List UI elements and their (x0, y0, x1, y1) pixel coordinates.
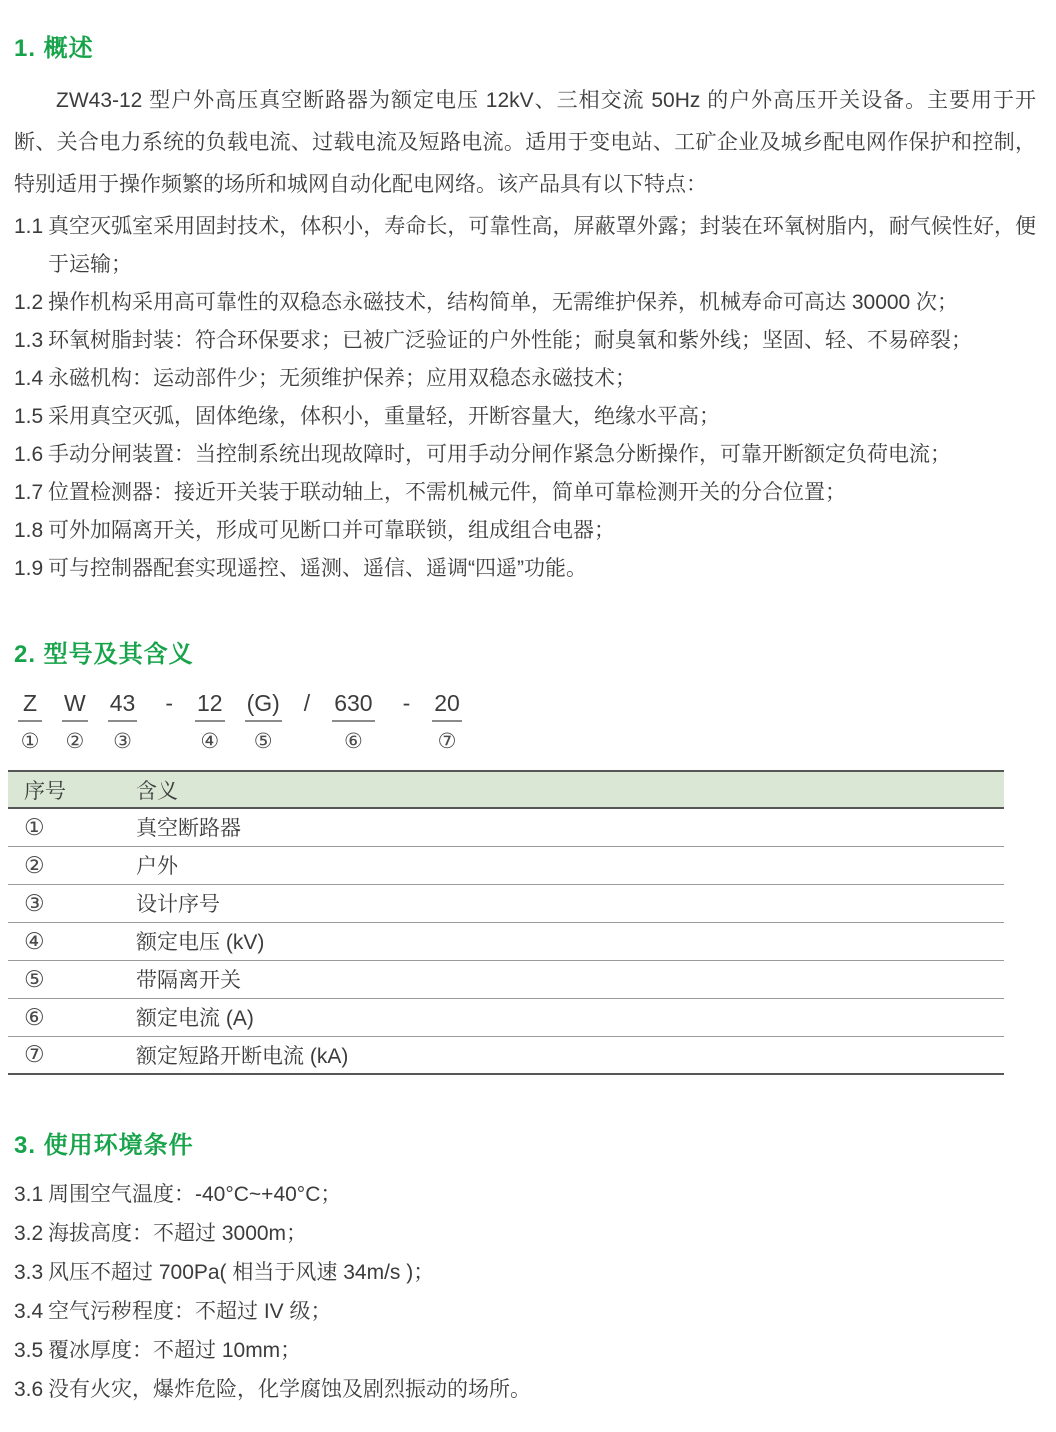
cell-meaning: 带隔离开关 (136, 960, 1004, 998)
table-row: ⑥ 额定电流 (A) (8, 998, 1004, 1036)
item-text: 操作机构采用高可靠性的双稳态永磁技术，结构简单，无需维护保养，机械寿命可高达 3… (48, 284, 1038, 322)
feature-item: 1.5 采用真空灭弧，固体绝缘，体积小，重量轻，开断容量大，绝缘水平高； (14, 398, 1038, 436)
token-text: - (163, 690, 175, 720)
feature-item: 1.9 可与控制器配套实现遥控、遥测、遥信、遥调“四遥”功能。 (14, 550, 1038, 588)
cell-seq: ③ (8, 884, 136, 922)
token-text: 12 (195, 690, 225, 722)
circled-number: ② (65, 729, 84, 754)
environment-item: 3.5 覆冰厚度：不超过 10mm； (14, 1331, 1038, 1370)
item-text: 真空灭弧室采用固封技术，体积小，寿命长，可靠性高，屏蔽罩外露；封装在环氧树脂内，… (48, 208, 1038, 284)
table-row: ④ 额定电压 (kV) (8, 922, 1004, 960)
item-number: 3.6 (14, 1370, 48, 1409)
environment-item: 3.4 空气污秽程度：不超过 IV 级； (14, 1292, 1038, 1331)
circled-number: ④ (200, 729, 219, 754)
item-text: 海拔高度：不超过 3000m； (48, 1214, 1038, 1253)
model-token: 20 ⑦ (432, 690, 462, 754)
token-text: 43 (108, 690, 138, 722)
item-text: 可与控制器配套实现遥控、遥测、遥信、遥调“四遥”功能。 (48, 550, 1038, 588)
item-number: 1.5 (14, 398, 48, 436)
item-number: 1.1 (14, 208, 48, 284)
table-row: ② 户外 (8, 846, 1004, 884)
section-3-title: 3. 使用环境条件 (14, 1131, 1038, 1161)
table-row: ③ 设计序号 (8, 884, 1004, 922)
cell-meaning: 户外 (136, 846, 1004, 884)
cell-meaning: 真空断路器 (136, 808, 1004, 846)
token-text: Z (18, 690, 42, 722)
model-meaning-table: 序号 含义 ① 真空断路器 ② 户外 ③ 设计序号 ④ 额定电压 (kV) ⑤ (8, 770, 1004, 1075)
model-token: (G) ⑤ (245, 690, 282, 754)
cell-seq: ⑦ (8, 1036, 136, 1074)
item-number: 1.3 (14, 322, 48, 360)
item-text: 没有火灾，爆炸危险，化学腐蚀及剧烈振动的场所。 (48, 1370, 1038, 1409)
item-number: 3.2 (14, 1214, 48, 1253)
feature-item: 1.3 环氧树脂封装：符合环保要求；已被广泛验证的户外性能；耐臭氧和紫外线；坚固… (14, 322, 1038, 360)
item-number: 3.1 (14, 1175, 48, 1214)
model-token: Z ① (18, 690, 42, 754)
cell-seq: ⑥ (8, 998, 136, 1036)
cell-seq: ④ (8, 922, 136, 960)
token-text: 20 (432, 690, 462, 722)
cell-meaning: 额定电流 (A) (136, 998, 1004, 1036)
model-separator: / (302, 690, 312, 720)
cell-meaning: 额定短路开断电流 (kA) (136, 1036, 1004, 1074)
item-text: 采用真空灭弧，固体绝缘，体积小，重量轻，开断容量大，绝缘水平高； (48, 398, 1038, 436)
environment-item: 3.1 周围空气温度：-40°C~+40°C； (14, 1175, 1038, 1214)
feature-list: 1.1 真空灭弧室采用固封技术，体积小，寿命长，可靠性高，屏蔽罩外露；封装在环氧… (14, 208, 1038, 588)
token-text: - (401, 690, 413, 720)
cell-seq: ② (8, 846, 136, 884)
item-text: 永磁机构：运动部件少；无须维护保养；应用双稳态永磁技术； (48, 360, 1038, 398)
item-number: 3.5 (14, 1331, 48, 1370)
table-row: ① 真空断路器 (8, 808, 1004, 846)
model-token: 12 ④ (195, 690, 225, 754)
environment-item: 3.6 没有火灾，爆炸危险，化学腐蚀及剧烈振动的场所。 (14, 1370, 1038, 1409)
model-designation: Z ① W ② 43 ③ - 12 ④ (G) ⑤ / 630 ⑥ - (18, 690, 1038, 754)
item-text: 风压不超过 700Pa( 相当于风速 34m/s )； (48, 1253, 1038, 1292)
item-number: 1.2 (14, 284, 48, 322)
item-number: 1.8 (14, 512, 48, 550)
item-number: 1.9 (14, 550, 48, 588)
table-header-row: 序号 含义 (8, 771, 1004, 808)
table-row: ⑤ 带隔离开关 (8, 960, 1004, 998)
item-text: 位置检测器：接近开关装于联动轴上，不需机械元件，简单可靠检测开关的分合位置； (48, 474, 1038, 512)
circled-number: ① (21, 729, 40, 754)
cell-meaning: 设计序号 (136, 884, 1004, 922)
item-text: 可外加隔离开关，形成可见断口并可靠联锁，组成组合电器； (48, 512, 1038, 550)
item-number: 1.6 (14, 436, 48, 474)
header-cell-meaning: 含义 (136, 771, 1004, 808)
intro-paragraph: ZW43-12 型户外高压真空断路器为额定电压 12kV、三相交流 50Hz 的… (14, 80, 1038, 206)
item-number: 1.7 (14, 474, 48, 512)
model-token: W ② (62, 690, 88, 754)
environment-list: 3.1 周围空气温度：-40°C~+40°C； 3.2 海拔高度：不超过 300… (14, 1175, 1038, 1409)
cell-meaning: 额定电压 (kV) (136, 922, 1004, 960)
feature-item: 1.2 操作机构采用高可靠性的双稳态永磁技术，结构简单，无需维护保养，机械寿命可… (14, 284, 1038, 322)
cell-seq: ⑤ (8, 960, 136, 998)
section-1-title: 1. 概述 (14, 34, 1038, 64)
item-number: 3.3 (14, 1253, 48, 1292)
feature-item: 1.6 手动分闸装置：当控制系统出现故障时，可用手动分闸作紧急分断操作，可靠开断… (14, 436, 1038, 474)
item-text: 覆冰厚度：不超过 10mm； (48, 1331, 1038, 1370)
header-cell-seq: 序号 (8, 771, 136, 808)
token-text: W (62, 690, 88, 722)
circled-number: ⑤ (254, 729, 273, 754)
model-token: 43 ③ (108, 690, 138, 754)
circled-number: ⑥ (344, 729, 363, 754)
circled-number: ⑦ (438, 729, 457, 754)
section-2-title: 2. 型号及其含义 (14, 640, 1038, 670)
model-separator: - (163, 690, 175, 720)
cell-seq: ① (8, 808, 136, 846)
model-separator: - (401, 690, 413, 720)
circled-number: ③ (113, 729, 132, 754)
model-token: 630 ⑥ (332, 690, 374, 754)
item-text: 手动分闸装置：当控制系统出现故障时，可用手动分闸作紧急分断操作，可靠开断额定负荷… (48, 436, 1038, 474)
token-text: / (302, 690, 312, 720)
item-text: 环氧树脂封装：符合环保要求；已被广泛验证的户外性能；耐臭氧和紫外线；坚固、轻、不… (48, 322, 1038, 360)
table-row: ⑦ 额定短路开断电流 (kA) (8, 1036, 1004, 1074)
feature-item: 1.7 位置检测器：接近开关装于联动轴上，不需机械元件，简单可靠检测开关的分合位… (14, 474, 1038, 512)
item-number: 1.4 (14, 360, 48, 398)
token-text: 630 (332, 690, 374, 722)
item-text: 空气污秽程度：不超过 IV 级； (48, 1292, 1038, 1331)
environment-item: 3.2 海拔高度：不超过 3000m； (14, 1214, 1038, 1253)
feature-item: 1.4 永磁机构：运动部件少；无须维护保养；应用双稳态永磁技术； (14, 360, 1038, 398)
token-text: (G) (245, 690, 282, 722)
feature-item: 1.8 可外加隔离开关，形成可见断口并可靠联锁，组成组合电器； (14, 512, 1038, 550)
document-page: 1. 概述 ZW43-12 型户外高压真空断路器为额定电压 12kV、三相交流 … (0, 0, 1056, 1409)
item-number: 3.4 (14, 1292, 48, 1331)
feature-item: 1.1 真空灭弧室采用固封技术，体积小，寿命长，可靠性高，屏蔽罩外露；封装在环氧… (14, 208, 1038, 284)
item-text: 周围空气温度：-40°C~+40°C； (48, 1175, 1038, 1214)
environment-item: 3.3 风压不超过 700Pa( 相当于风速 34m/s )； (14, 1253, 1038, 1292)
